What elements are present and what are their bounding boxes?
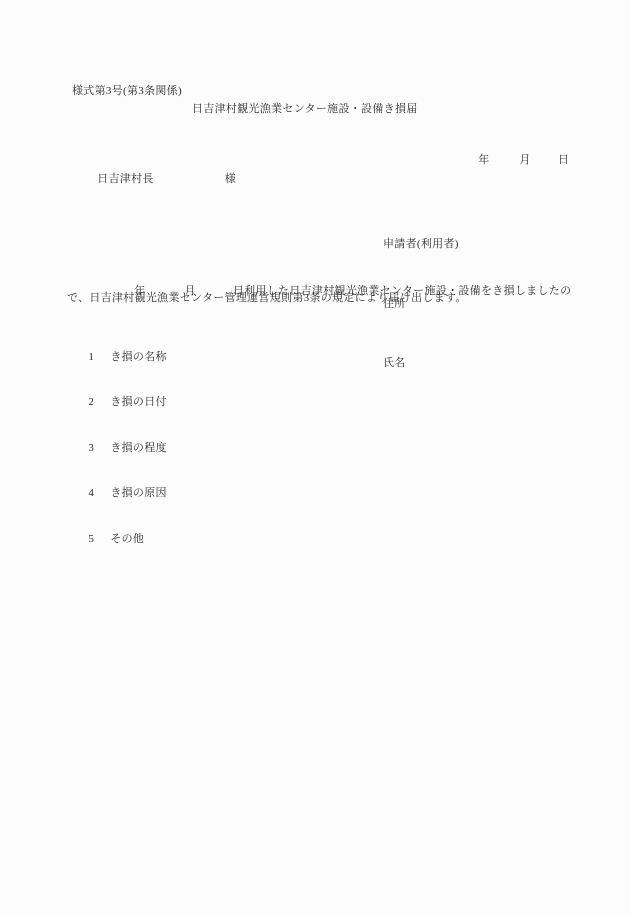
date-month-label: 月 [520, 154, 531, 166]
list-item: 3き損の程度 [70, 429, 167, 448]
list-item-number: 3 [88, 442, 110, 455]
recipient-name: 日吉津村長 [97, 173, 154, 185]
form-number: 様式第3号(第3条関係) [72, 85, 182, 98]
list-item-label: き損の名称 [110, 351, 167, 363]
list-item: 4き損の原因 [70, 474, 167, 493]
applicant-name-label: 氏名 [383, 354, 459, 374]
list-item-number: 5 [88, 533, 110, 546]
damage-detail-list: 1き損の名称 2き損の日付 3き損の程度 4き損の原因 5その他 [70, 312, 167, 565]
list-item-label: き損の程度 [110, 442, 167, 454]
recipient-line: 日吉津村長様 [85, 160, 236, 199]
applicant-label: 申請者(利用者) [383, 235, 459, 255]
list-item: 2き損の日付 [70, 383, 167, 402]
list-item-label: き損の日付 [110, 396, 167, 408]
list-item-number: 4 [88, 487, 110, 500]
list-item-number: 1 [88, 351, 110, 364]
date-line: 年月日 [466, 141, 569, 180]
list-item: 1き損の名称 [70, 338, 167, 357]
body-text-line-2: で、日吉津村観光漁業センター管理運営規則第3条の規定により届け出します。 [67, 292, 467, 305]
list-item-label: その他 [110, 533, 144, 545]
list-item: 5その他 [70, 520, 167, 539]
document-page: 様式第3号(第3条関係) 日吉津村観光漁業センター施設・設備き損届 年月日 日吉… [0, 0, 630, 915]
date-year-label: 年 [478, 154, 489, 166]
list-item-number: 2 [88, 396, 110, 409]
document-title: 日吉津村観光漁業センター施設・設備き損届 [192, 103, 418, 116]
recipient-honorific: 様 [225, 173, 236, 185]
date-day-label: 日 [558, 154, 569, 166]
list-item-label: き損の原因 [110, 487, 167, 499]
